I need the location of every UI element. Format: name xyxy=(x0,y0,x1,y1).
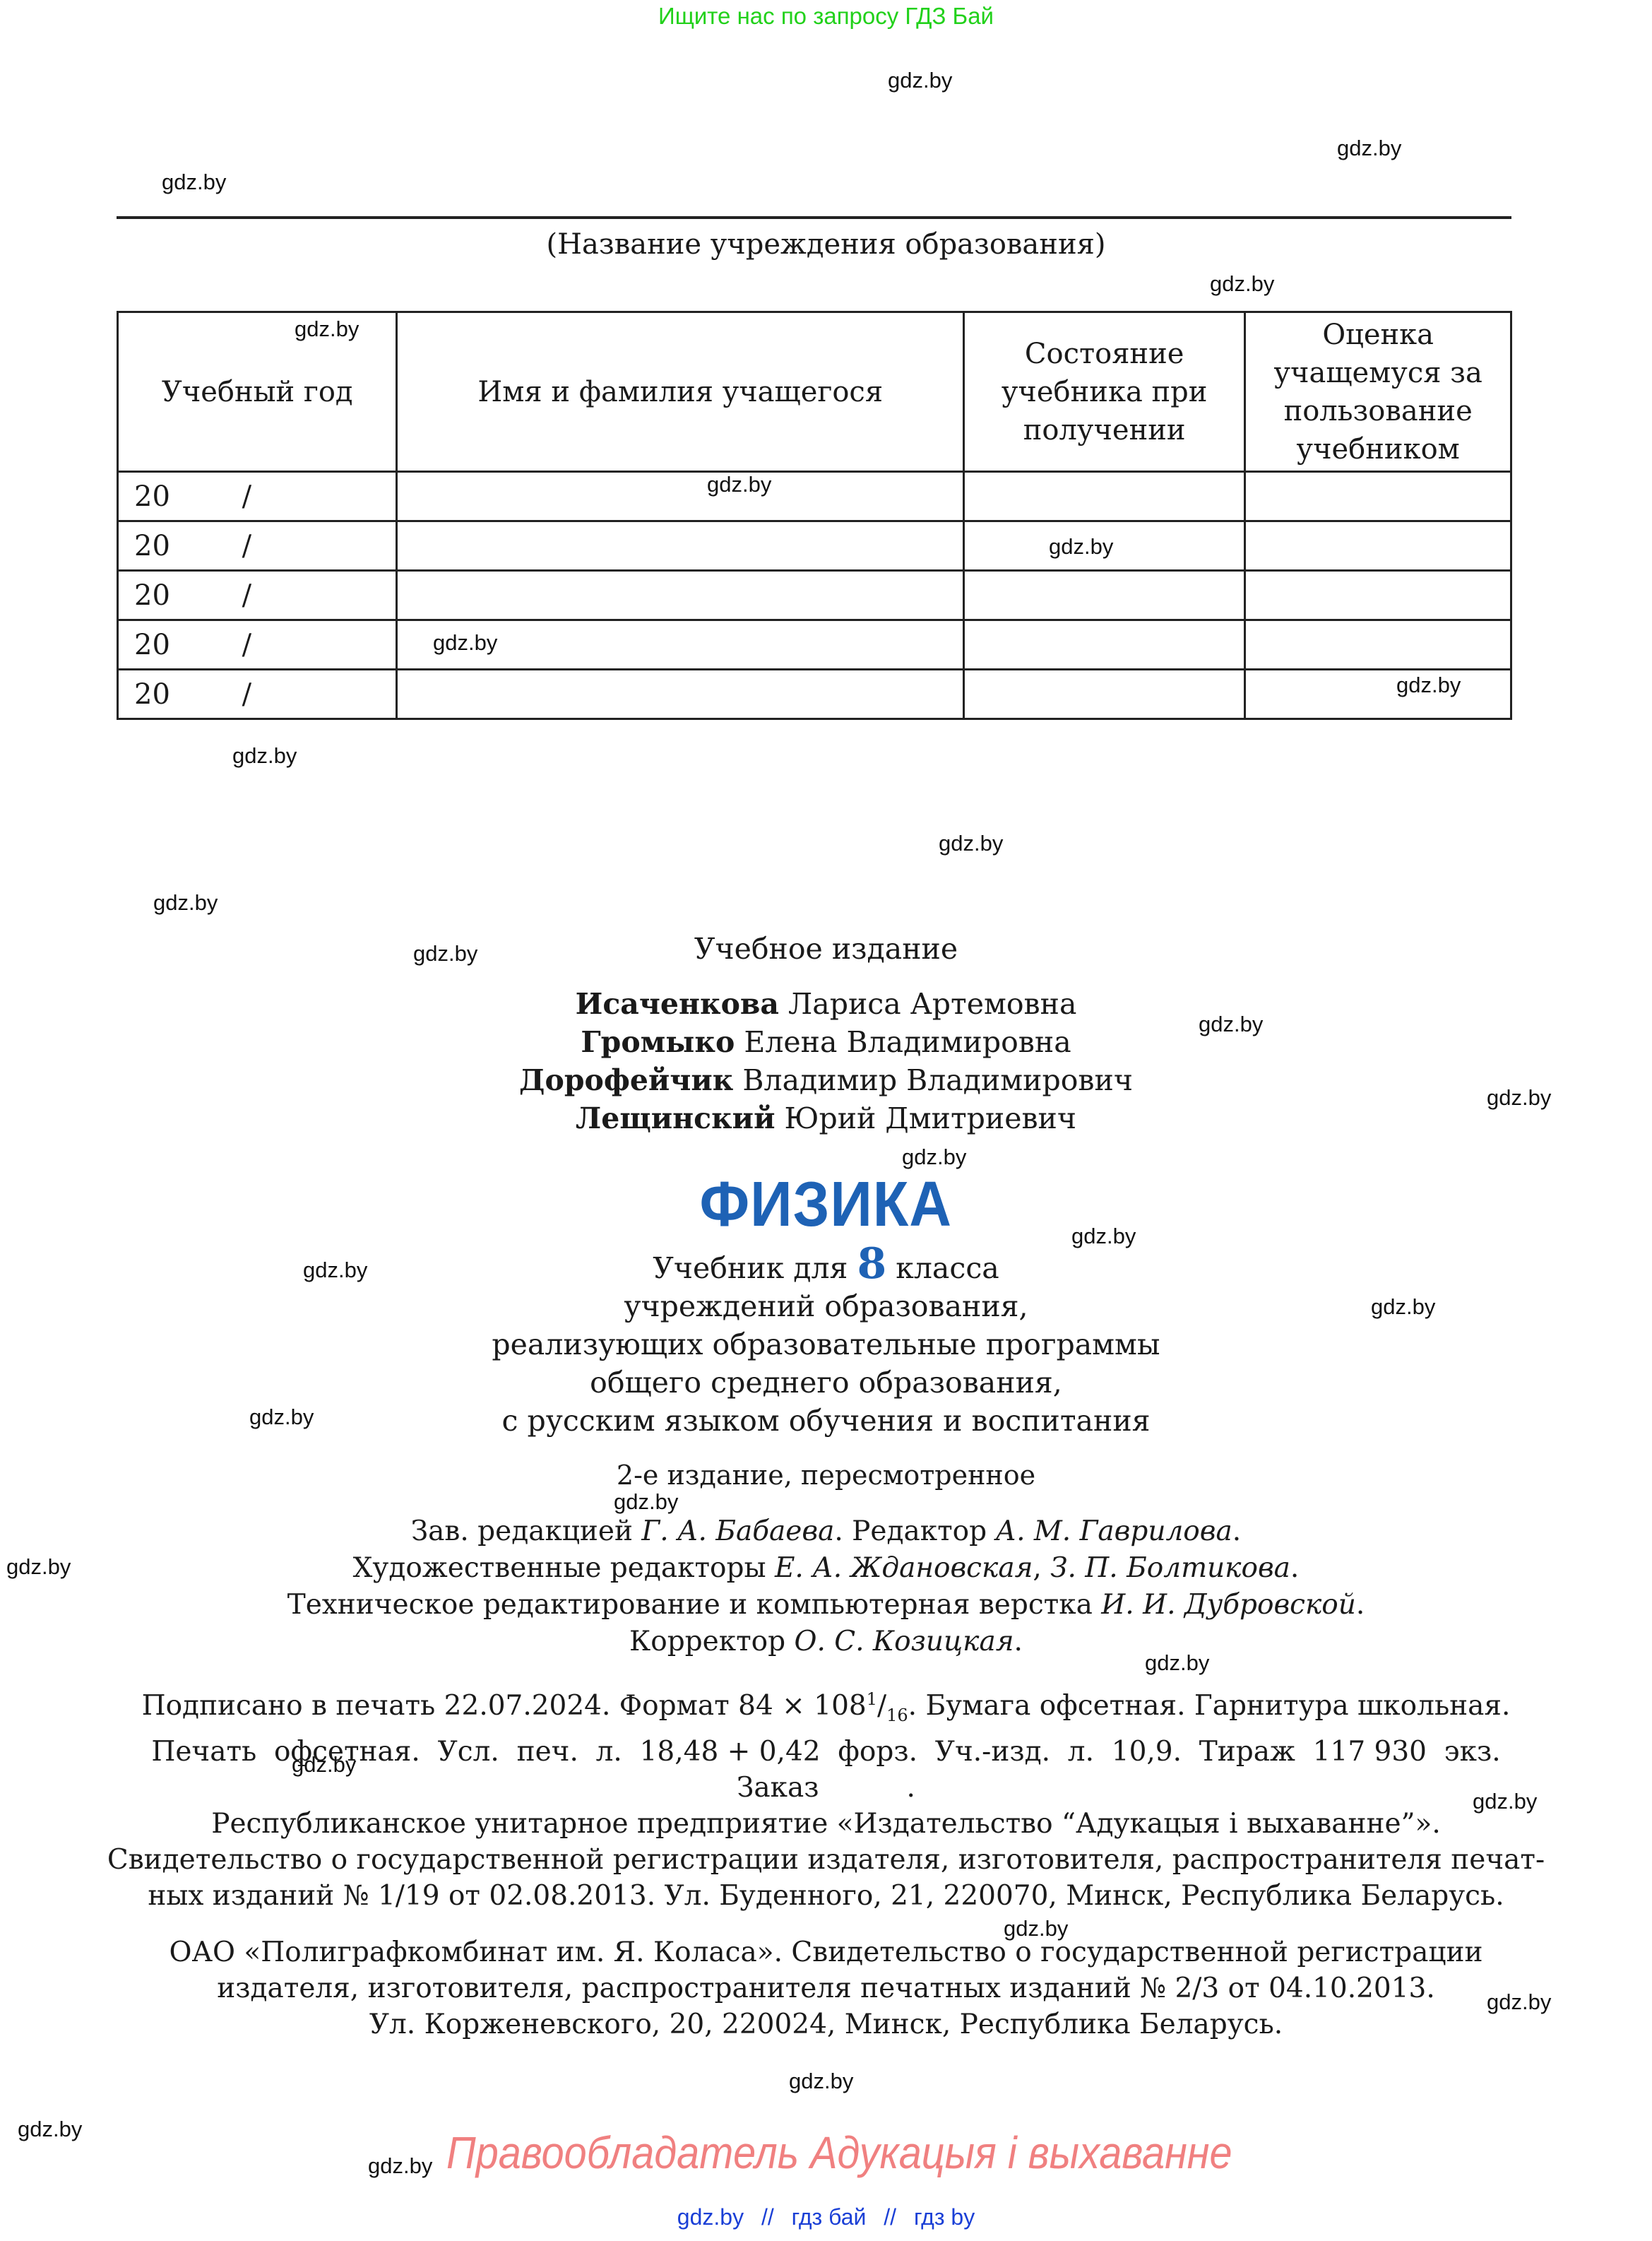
imprint-text: . Бумага офсетная. Гарнитура школьная. xyxy=(908,1690,1511,1722)
credit-role: . xyxy=(1014,1626,1023,1657)
subtitle-line: с русским языком обучения и воспитания xyxy=(0,1402,1652,1440)
author: Дорофейчик Владимир Владимирович xyxy=(0,1061,1652,1099)
name-cell xyxy=(397,571,964,620)
order-line: Заказ . xyxy=(0,1770,1652,1806)
search-banner: Ищите нас по запросу ГДЗ Бай xyxy=(0,3,1652,30)
header-grade: Оценка учащемуся за пользование учебнико… xyxy=(1245,312,1511,472)
staff-name: З. П. Болтикова xyxy=(1050,1552,1290,1584)
author-surname: Громыко xyxy=(581,1025,735,1059)
credit-role: Художественные редакторы xyxy=(353,1552,775,1584)
condition-cell xyxy=(964,670,1245,719)
year-cell: 20 / xyxy=(118,472,397,521)
watermark: gdz.by xyxy=(18,2117,82,2142)
subtitle-suffix: класса xyxy=(896,1251,999,1285)
edition-note: 2-е издание, пересмотренное xyxy=(0,1458,1652,1492)
grade-cell xyxy=(1245,472,1511,521)
year-cell: 20 / xyxy=(118,620,397,670)
publisher-block: Республиканское унитарное предприятие «И… xyxy=(0,1806,1652,1914)
credit-role: . xyxy=(1232,1515,1241,1547)
author-surname: Дорофейчик xyxy=(519,1063,733,1097)
name-cell xyxy=(397,670,964,719)
imprint-line: Печать офсетная. Усл. печ. л. 18,48 + 0,… xyxy=(0,1734,1652,1770)
subtitle-prefix: Учебник для xyxy=(653,1251,848,1285)
credit-role: Зав. редакцией xyxy=(411,1515,642,1547)
staff-name: Г. А. Бабаева xyxy=(641,1515,834,1547)
author-given-name: Елена Владимировна xyxy=(744,1025,1071,1059)
institution-label: (Название учреждения образования) xyxy=(0,228,1652,261)
rights-holder-notice: Правообладатель Адукацыя і выхаванне xyxy=(446,2127,1232,2179)
watermark: gdz.by xyxy=(789,2069,853,2094)
credit-role: Корректор xyxy=(629,1626,794,1657)
author-given-name: Владимир Владимирович xyxy=(742,1063,1133,1097)
name-cell xyxy=(397,521,964,571)
printer-line: ОАО «Полиграфкомбинат им. Я. Коласа». Св… xyxy=(0,1934,1652,1970)
watermark: gdz.by xyxy=(1210,271,1274,297)
staff-name: И. И. Дубровской xyxy=(1101,1589,1356,1621)
header-school-year: Учебный год xyxy=(118,312,397,472)
staff-name: А. М. Гаврилова xyxy=(996,1515,1232,1547)
authors-list: Исаченкова Лариса Артемовна Громыко Елен… xyxy=(0,985,1652,1137)
author-surname: Лещинский xyxy=(576,1101,776,1135)
publisher-line: ных изданий № 1/19 от 02.08.2013. Ул. Бу… xyxy=(0,1878,1652,1914)
credit-role: . Редактор xyxy=(834,1515,995,1547)
format-numerator: 1 xyxy=(867,1689,877,1709)
condition-cell xyxy=(964,521,1245,571)
name-cell xyxy=(397,472,964,521)
author: Громыко Елена Владимировна xyxy=(0,1023,1652,1061)
watermark: gdz.by xyxy=(888,68,952,93)
watermark: gdz.by xyxy=(1337,136,1401,161)
author-given-name: Лариса Артемовна xyxy=(788,987,1076,1021)
format-denominator: 16 xyxy=(886,1705,908,1725)
header-book-condition: Состояние учебника при получении xyxy=(964,312,1245,472)
grade-cell xyxy=(1245,571,1511,620)
watermark: gdz.by xyxy=(368,2153,432,2179)
credit-role: . xyxy=(1356,1589,1365,1621)
table-row: 20 / xyxy=(118,571,1511,620)
author-given-name: Юрий Дмитриевич xyxy=(785,1101,1076,1135)
footer-separator: // xyxy=(884,2204,896,2230)
footer-link-gdz-by-cyr[interactable]: гдз by xyxy=(914,2204,975,2230)
condition-cell xyxy=(964,472,1245,521)
subtitle-block: Учебник для 8 класса учреждений образова… xyxy=(0,1245,1652,1440)
name-cell xyxy=(397,620,964,670)
grade-number: 8 xyxy=(857,1239,886,1289)
institution-line xyxy=(117,216,1511,219)
table-row: 20 / xyxy=(118,521,1511,571)
printer-line: Ул. Корженевского, 20, 220024, Минск, Ре… xyxy=(0,2006,1652,2042)
footer-links: gdz.by // гдз бай // гдз by xyxy=(0,2204,1652,2230)
table-row: 20 / xyxy=(118,472,1511,521)
watermark: gdz.by xyxy=(939,831,1003,856)
imprint-line: Подписано в печать 22.07.2024. Формат 84… xyxy=(0,1681,1652,1734)
credit-line: Техническое редактирование и компьютерна… xyxy=(0,1587,1652,1624)
credit-role: . xyxy=(1290,1552,1299,1584)
header-student-name: Имя и фамилия учащегося xyxy=(397,312,964,472)
credit-role: Техническое редактирование и компьютерна… xyxy=(287,1589,1102,1621)
credits-block: Зав. редакцией Г. А. Бабаева. Редактор А… xyxy=(0,1513,1652,1660)
watermark: gdz.by xyxy=(162,170,226,195)
printer-line: издателя, изготовителя, распространителя… xyxy=(0,1970,1652,2006)
footer-separator: // xyxy=(761,2204,774,2230)
author: Исаченкова Лариса Артемовна xyxy=(0,985,1652,1023)
imprint-block: Подписано в печать 22.07.2024. Формат 84… xyxy=(0,1681,1652,1806)
credit-line: Художественные редакторы Е. А. Ждановска… xyxy=(0,1550,1652,1587)
credit-role: , xyxy=(1033,1552,1050,1584)
watermark: gdz.by xyxy=(153,890,218,916)
credit-line: Зав. редакцией Г. А. Бабаева. Редактор А… xyxy=(0,1513,1652,1550)
author-surname: Исаченкова xyxy=(576,987,779,1021)
credit-line: Корректор О. С. Козицкая. xyxy=(0,1624,1652,1660)
book-title: ФИЗИКА xyxy=(700,1169,952,1240)
table-row: 20 / xyxy=(118,670,1511,719)
subtitle-line: общего среднего образования, xyxy=(0,1364,1652,1402)
table-row: 20 / xyxy=(118,620,1511,670)
staff-name: Е. А. Ждановская xyxy=(775,1552,1033,1584)
grade-cell xyxy=(1245,670,1511,719)
author: Лещинский Юрий Дмитриевич xyxy=(0,1099,1652,1137)
subtitle-line: учреждений образования, xyxy=(0,1287,1652,1325)
staff-name: О. С. Козицкая xyxy=(795,1626,1014,1657)
textbook-usage-table: Учебный год Имя и фамилия учащегося Сост… xyxy=(117,311,1512,720)
footer-link-gdz-bai[interactable]: гдз бай xyxy=(792,2204,867,2230)
year-cell: 20 / xyxy=(118,521,397,571)
year-cell: 20 / xyxy=(118,670,397,719)
condition-cell xyxy=(964,620,1245,670)
subtitle-line: реализующих образовательные программы xyxy=(0,1325,1652,1364)
publisher-line: Свидетельство о государственной регистра… xyxy=(0,1842,1652,1878)
grade-cell xyxy=(1245,620,1511,670)
watermark: gdz.by xyxy=(232,743,297,769)
watermark: gdz.by xyxy=(902,1145,966,1170)
footer-link-gdz-by[interactable]: gdz.by xyxy=(677,2204,744,2230)
condition-cell xyxy=(964,571,1245,620)
printer-block: ОАО «Полиграфкомбинат им. Я. Коласа». Св… xyxy=(0,1934,1652,2042)
edition-type: Учебное издание xyxy=(0,930,1652,968)
table-header-row: Учебный год Имя и фамилия учащегося Сост… xyxy=(118,312,1511,472)
watermark: gdz.by xyxy=(614,1489,678,1515)
grade-cell xyxy=(1245,521,1511,571)
imprint-text: Подписано в печать 22.07.2024. Формат 84… xyxy=(142,1690,867,1722)
year-cell: 20 / xyxy=(118,571,397,620)
publisher-line: Республиканское унитарное предприятие «И… xyxy=(0,1806,1652,1842)
